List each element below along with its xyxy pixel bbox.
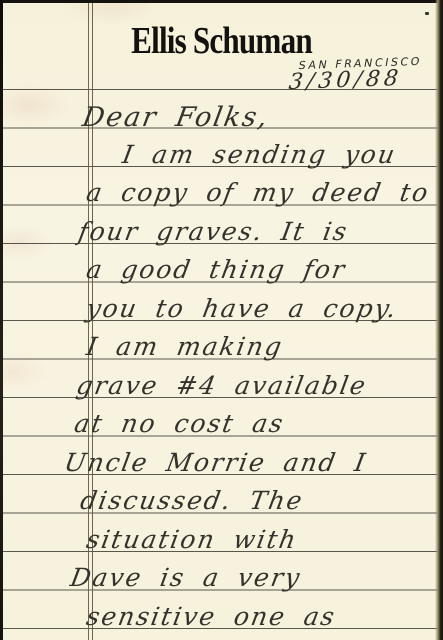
letter-line-1: I am sending you [120,140,399,170]
letter-line-6: I am making [84,332,286,362]
letter-line-2: a copy of my deed to [84,178,432,208]
letter-line-10: discussed. The [78,486,306,516]
letter-line-3: four graves. It is [76,217,351,247]
scan-edge-top [0,0,443,3]
letter-line-9: Uncle Morrie and I [62,448,369,478]
letter-line-11: situation with [84,525,300,555]
letter-line-12: Dave is a very [68,563,304,593]
date-annotation: 3/30/88 [287,66,403,95]
letter-line-5: you to have a copy. [84,294,400,324]
letterhead-name: Ellis Schuman [40,22,403,60]
scan-edge-left [0,0,3,640]
letter-line-4: a good thing for [84,255,349,285]
letter-line-13: sensitive one as [84,602,338,632]
letter-line-8: at no cost as [72,409,287,439]
ink-speck [425,12,429,15]
scanned-letter-page: Ellis Schuman SAN FRANCISCO 3/30/88 Dear… [0,0,443,640]
salutation: Dear Folks, [80,103,271,133]
letter-line-7: grave #4 available [74,371,369,401]
scan-edge-right [435,0,443,640]
